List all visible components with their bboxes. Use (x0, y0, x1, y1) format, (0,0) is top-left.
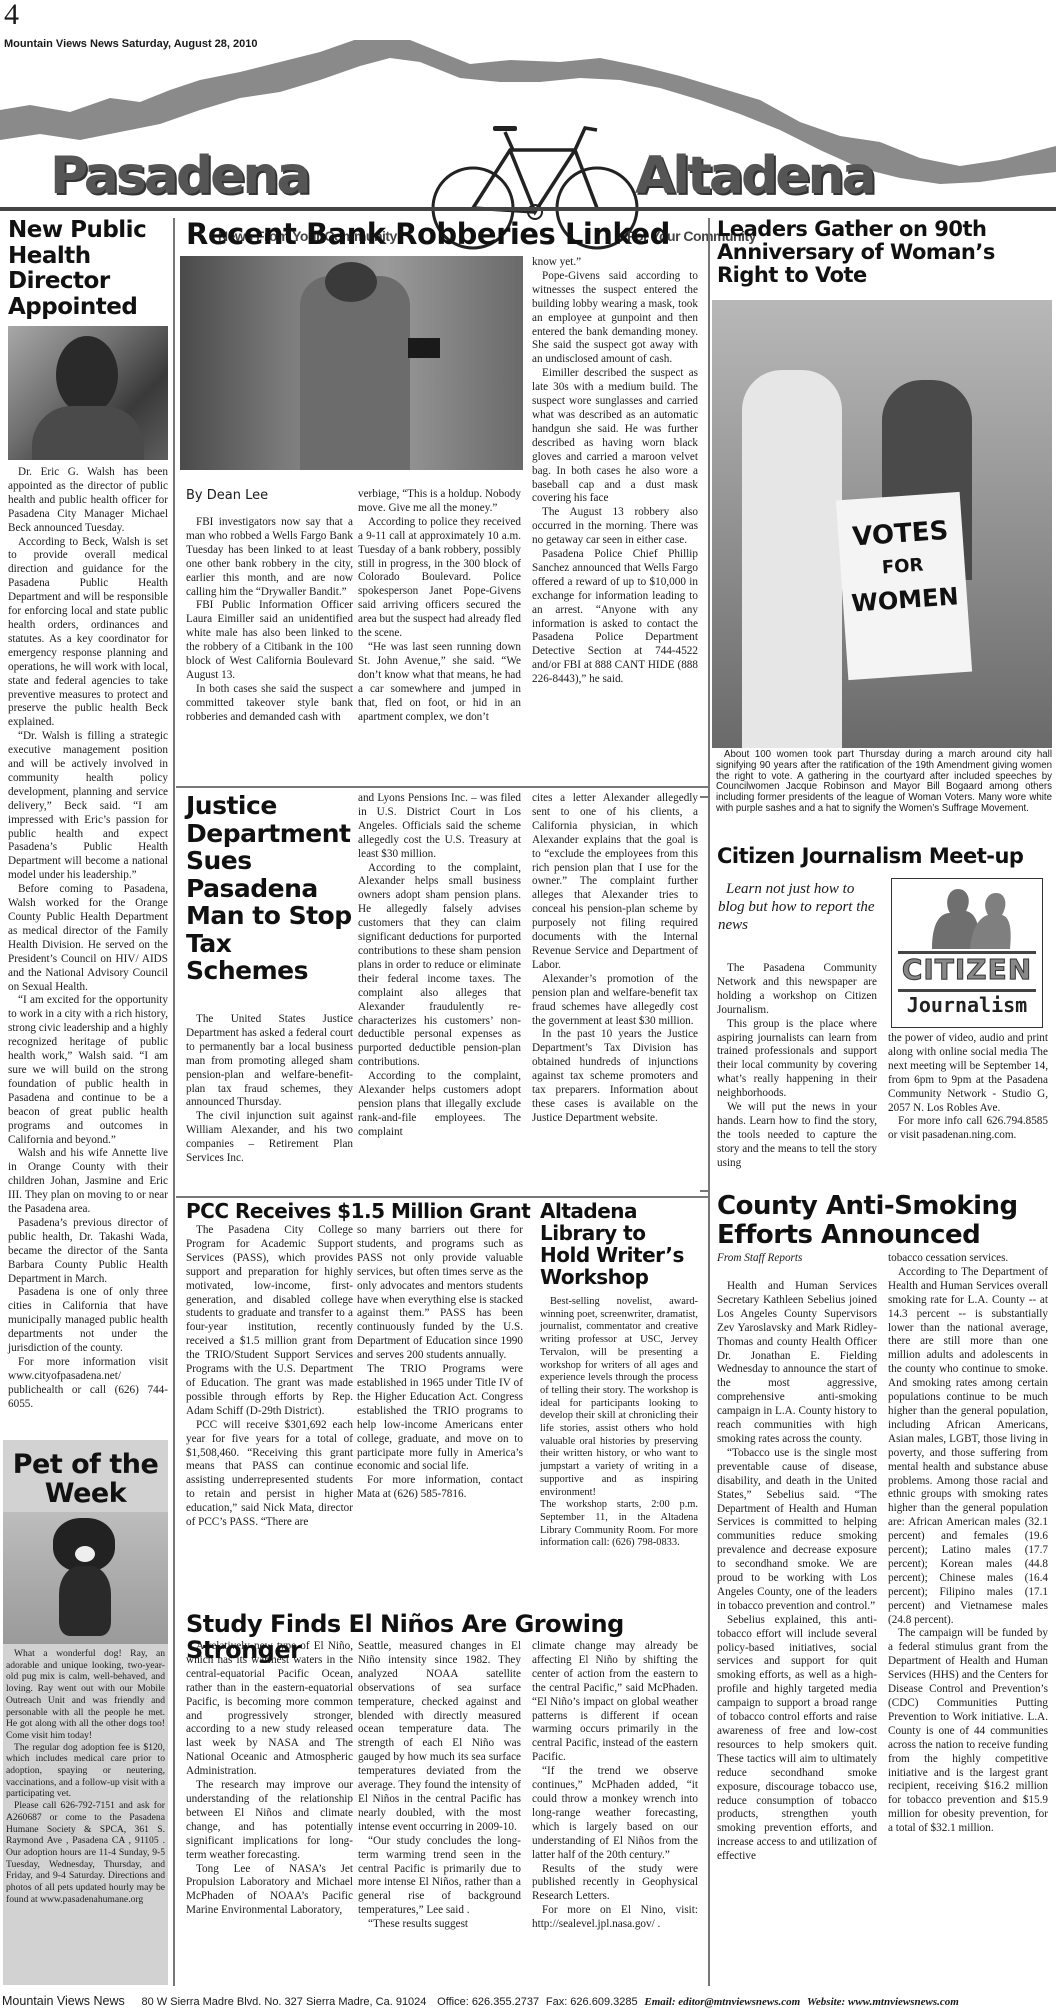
column-divider (708, 218, 710, 1986)
article-pet-of-week: Pet of the Week What a wonderful dog! Ra… (3, 1440, 168, 1985)
deck: Learn not just how to blog but how to re… (718, 880, 878, 934)
footer-website-label: Website: (807, 1996, 845, 2008)
byline: By Dean Lee (186, 488, 268, 503)
pcc-column-1: The Pasadena City College Program for Ac… (186, 1224, 353, 1530)
citizen-column-2: the power of video, audio and print alon… (888, 1032, 1048, 1143)
masthead-pasadena: Pasadena (50, 148, 308, 204)
justice-column-3: cites a letter Alexander allegedly sent … (532, 792, 698, 1126)
headline-pcc: PCC Receives $1.5 Million Grant (186, 1200, 531, 1222)
headline: Pet of the Week (3, 1450, 168, 1508)
citizen-column-1: The Pasadena Community Network and this … (717, 962, 877, 1171)
citizen-journalism-logo: CITIZEN Journalism (891, 878, 1043, 1028)
headline-bank-robberies: Recent Bank Robberies Linked (186, 218, 706, 250)
headline-justice: Justice Department Sues Pasadena Man to … (186, 792, 356, 985)
headline-citizen: Citizen Journalism Meet-up (717, 844, 1053, 868)
byline: From Staff Reports (717, 1252, 802, 1264)
section-divider (176, 1196, 708, 1198)
elnino-column-2: Seattle, measured changes in El Niño int… (358, 1640, 521, 1932)
section-divider (700, 796, 708, 798)
logo-journalism-text: Journalism (892, 993, 1042, 1017)
footer-fax: Fax: 626.609.3285 (546, 1996, 638, 2008)
elnino-column-1: A relatively new type of El Niño, which … (186, 1640, 353, 1918)
elnino-column-3: climate change may already be affecting … (532, 1640, 698, 1932)
smoking-column-1: Health and Human Services Secretary Kath… (717, 1280, 877, 1864)
footer-email-label: Email: (644, 1996, 675, 2008)
headline: New Public Health Director Appointed (8, 218, 168, 320)
footer-address: 80 W Sierra Madre Blvd. No. 327 Sierra M… (142, 1996, 427, 2008)
article-body: Dr. Eric G. Walsh has been appointed as … (8, 466, 168, 1412)
smoking-column-2: tobacco cessation services. According to… (888, 1252, 1048, 1836)
bank-column-3: know yet.” Pope-Givens said according to… (532, 256, 698, 687)
article-body: What a wonderful dog! Ray, an adorable a… (3, 1644, 168, 1905)
photo-caption: About 100 women took part Thursday durin… (716, 750, 1052, 815)
justice-column-2: and Lyons Pensions Inc. – was filed in U… (358, 792, 521, 1140)
dog-photo (3, 1512, 168, 1644)
article-health-director: New Public Health Director Appointed Dr.… (8, 218, 168, 1412)
headline-library: Altadena Library to Hold Writer’s Worksh… (540, 1200, 700, 1288)
footer-website[interactable]: www.mtnviewsnews.com (848, 1996, 959, 2008)
footer-office: Office: 626.355.2737 (437, 1996, 539, 2008)
justice-column-1: The United States Justice Department has… (186, 1013, 353, 1166)
surveillance-photo (180, 256, 523, 470)
bank-column-1: FBI investigators now say that a man who… (186, 516, 353, 725)
footer-email[interactable]: editor@mtnviewsnews.com (678, 1996, 800, 2008)
footer-paper-name: Mountain Views News (2, 1994, 125, 2008)
votes-for-women-sign: VOTES FOR WOMEN (836, 492, 972, 680)
library-body: Best-selling novelist, award-winning poe… (540, 1296, 698, 1550)
portrait-photo (8, 326, 168, 460)
masthead-rule (0, 207, 1056, 211)
column-divider (173, 218, 175, 1986)
bank-column-2: verbiage, “This is a holdup. Nobody move… (358, 488, 521, 724)
pcc-column-2: so many barriers out there for students,… (357, 1224, 523, 1502)
headline-smoking: County Anti-Smoking Efforts Announced (717, 1192, 1053, 1250)
headline-vote: Leaders Gather on 90th Anniversary of Wo… (717, 218, 1051, 287)
suffrage-photo: VOTES FOR WOMEN (712, 300, 1052, 748)
silhouette-icon (892, 883, 1042, 951)
masthead-altadena: Altadena (635, 148, 874, 204)
section-divider (700, 1190, 708, 1192)
section-divider (176, 786, 708, 788)
footer: Mountain Views News 80 W Sierra Madre Bl… (0, 1994, 1056, 2014)
logo-citizen-text: CITIZEN (892, 953, 1042, 986)
page-number: 4 (4, 0, 19, 30)
masthead: Pasadena Altadena News From Your Communi… (0, 40, 1056, 208)
